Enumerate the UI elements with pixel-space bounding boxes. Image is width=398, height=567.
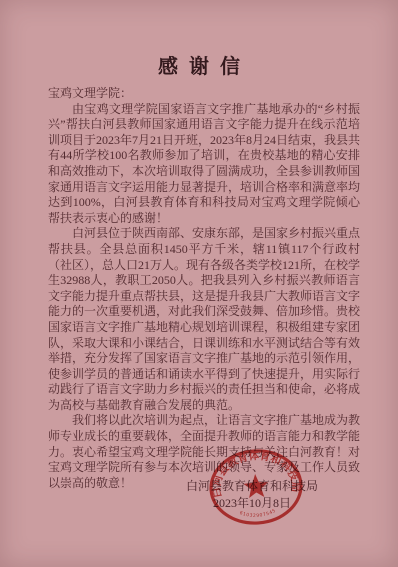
paragraph-1: 由宝鸡文理学院国家语言文字推广基地承办的“乡村振兴”帮扶白河县教师国家通用语言文…	[48, 102, 360, 227]
official-seal: 白河县教育体育和科技局 61032907545	[193, 433, 320, 541]
letter-body: 宝鸡文理学院： 由宝鸡文理学院国家语言文字推广基地承办的“乡村振兴”帮扶白河县教…	[48, 86, 360, 491]
salutation: 宝鸡文理学院：	[48, 86, 360, 102]
paragraph-2: 白河县位于陕西南部、安康东部，是国家乡村振兴重点帮扶县。全县总面积1450平方千…	[48, 226, 360, 413]
star-icon	[243, 473, 269, 498]
seal-serial: 61032907545	[238, 508, 277, 521]
letter-title: 感谢信	[0, 50, 398, 79]
letter-page: 感谢信 宝鸡文理学院： 由宝鸡文理学院国家语言文字推广基地承办的“乡村振兴”帮扶…	[0, 0, 398, 567]
